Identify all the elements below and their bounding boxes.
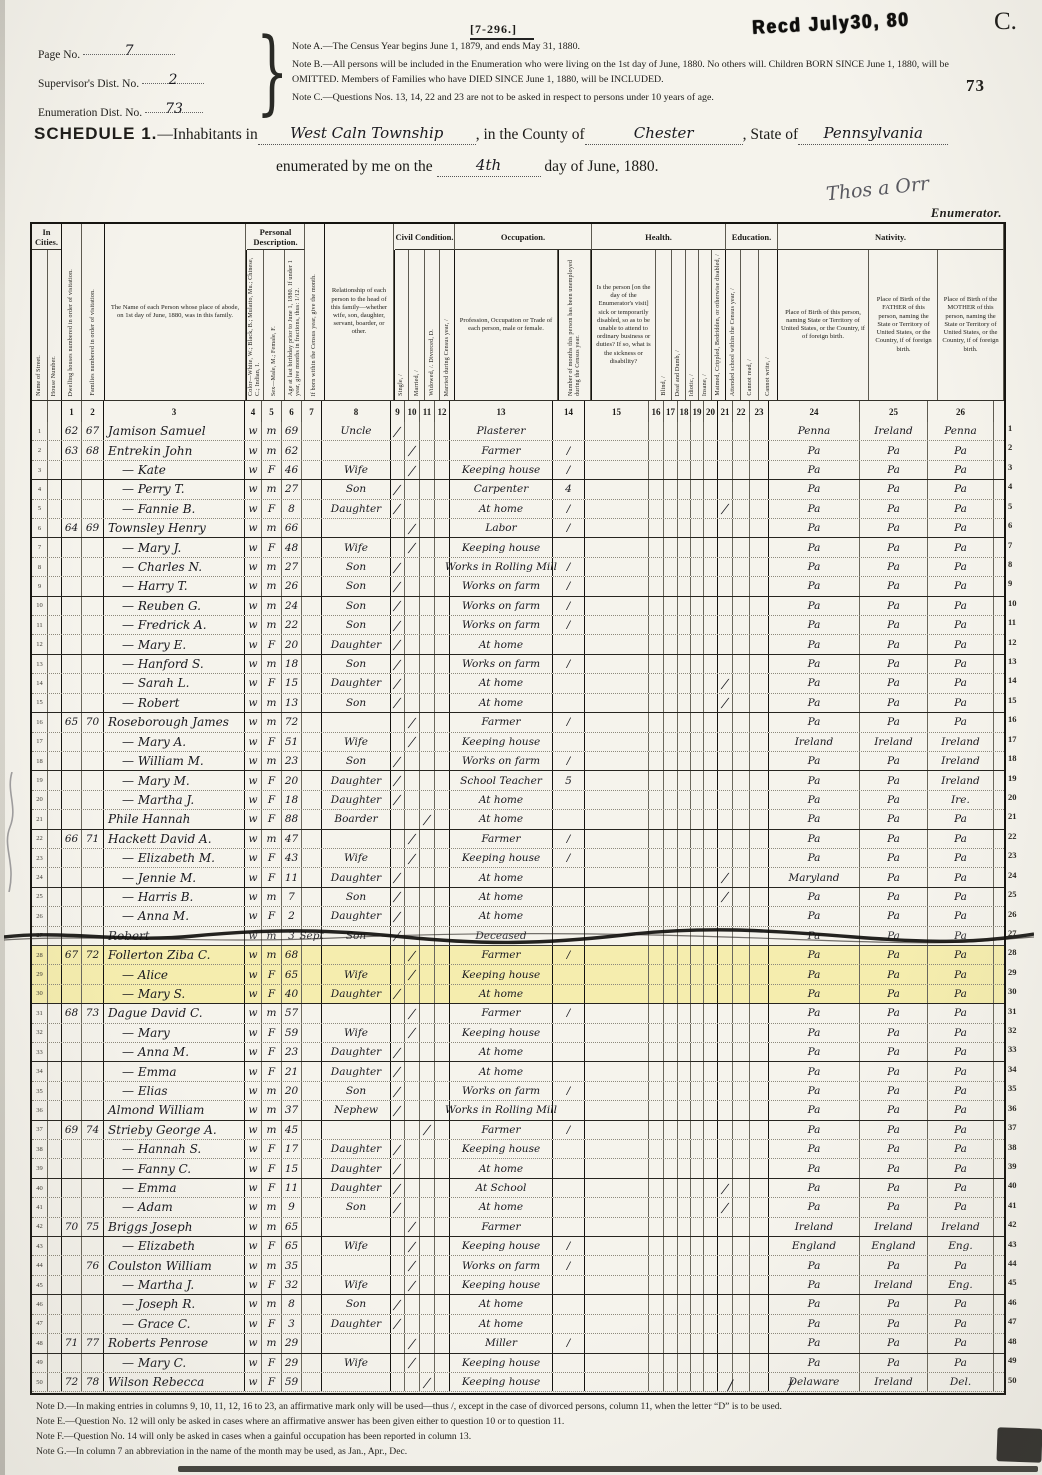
cell-cw (420, 946, 435, 964)
cell-cd (435, 1276, 450, 1294)
cell-f (82, 965, 104, 983)
cell-pf: Pa (860, 1256, 928, 1274)
cell-h18 (678, 461, 691, 479)
cell-mo (302, 849, 322, 867)
cell-cm (405, 868, 420, 886)
cell-occ: At home (449, 1295, 553, 1313)
cell-rd (733, 1315, 750, 1333)
cell-ln: 23 (32, 849, 48, 867)
enumerator-label: Enumerator. (872, 206, 1002, 221)
cell-wr (750, 1373, 769, 1391)
cell-ln: 1 (32, 422, 48, 440)
cell-rd (733, 1140, 750, 1158)
cell-rd (733, 927, 750, 945)
census-row: 21Phile HannahwF88Boarder/At homePaPaPa (32, 810, 1004, 829)
cell-h19 (691, 1140, 704, 1158)
cell-ln: 14 (32, 674, 48, 692)
cell-cm (405, 752, 420, 770)
cell-rel: Son (321, 558, 391, 576)
cell-pf: Pa (860, 1179, 928, 1197)
line-number-right: 38 (1008, 1142, 1017, 1152)
cell-pf: Pa (860, 480, 928, 498)
cell-pm: Pa (928, 1062, 994, 1080)
cell-u: / (552, 946, 585, 964)
line-number-left: 6 (38, 525, 41, 532)
supervisor-value: 2 (169, 72, 178, 88)
cell-a: 59 (282, 1373, 302, 1391)
cell-h20 (704, 771, 718, 789)
cell-pb: Pa (768, 480, 860, 498)
cell-h16 (649, 597, 664, 615)
census-row: 487177Roberts Penrosewm29/Miller/PaPaPa (32, 1334, 1004, 1353)
cell-pb: Pa (768, 519, 860, 537)
supervisor-line: Supervisor's Dist. No. 2 (38, 69, 204, 98)
cell-cm: / (405, 441, 420, 459)
line-number-right: 37 (1008, 1122, 1017, 1132)
cell-pf: Pa (860, 1315, 928, 1333)
column-number: 20 (704, 401, 718, 423)
cell-cs: / (390, 868, 405, 886)
cell-cm (405, 635, 420, 653)
cell-occ: Keeping house (449, 1276, 553, 1294)
cell-pf: Ireland (860, 1276, 928, 1294)
cell-name: — Alice (103, 965, 245, 983)
cell-d (61, 1179, 82, 1197)
cell-pm: Ireland (928, 733, 994, 751)
cell-f: 69 (82, 519, 104, 537)
cell-wr (750, 1334, 769, 1352)
cell-h20 (704, 577, 718, 595)
cell-mo (302, 1198, 322, 1216)
line-number-left: 27 (36, 932, 43, 939)
affirmative-mark: / (394, 773, 402, 788)
cell-cw (420, 1101, 435, 1119)
line-number-right: 30 (1008, 986, 1017, 996)
affirmative-mark: / (408, 540, 416, 555)
cell-s: m (262, 946, 282, 964)
cell-h18 (678, 422, 691, 440)
cell-cw: / (420, 1121, 435, 1139)
cell-c: w (244, 1198, 262, 1216)
cell-cs: / (390, 674, 405, 692)
place-blank: West Caln Township (258, 125, 476, 145)
cell-h17 (664, 1043, 678, 1061)
line-number-right: 3 (1008, 462, 1012, 472)
cell-name: Briggs Joseph (103, 1218, 245, 1236)
cell-d: 72 (61, 1373, 82, 1391)
cell-h20 (704, 558, 718, 576)
cell-sch (717, 713, 733, 731)
cell-pb: Pa (768, 1159, 860, 1177)
cell-sick (584, 655, 649, 673)
cell-occ: Works on farm (449, 577, 553, 595)
cell-cd (435, 1121, 450, 1139)
line-number-right: 1 (1008, 423, 1012, 433)
column-header-s: Sex—Male, M.; Female, F. (265, 250, 285, 400)
cell-c: w (244, 616, 262, 634)
cell-h19 (691, 888, 704, 906)
cell-hn (48, 985, 62, 1003)
line-number-left: 9 (38, 583, 41, 590)
cell-a: 15 (282, 674, 302, 692)
cell-cw (420, 674, 435, 692)
cell-rel: Wife (321, 733, 391, 751)
cell-ln: 49 (32, 1354, 48, 1372)
cell-occ: At home (449, 985, 553, 1003)
line-number-right: 23 (1008, 850, 1017, 860)
affirmative-mark: / (394, 501, 402, 516)
cell-s: F (262, 1024, 282, 1042)
census-row: 4— Perry T.wm27Son/Carpenter4PaPaPa (32, 480, 1004, 499)
cell-s: F (262, 868, 282, 886)
cell-d: 70 (61, 1218, 82, 1236)
cell-h16 (649, 1354, 664, 1372)
cell-s: F (262, 1179, 282, 1197)
cell-u: / (552, 830, 585, 848)
cell-cd (435, 1140, 450, 1158)
column-number (32, 401, 48, 423)
cell-ln: 19 (32, 771, 48, 789)
cell-mo (302, 1295, 322, 1313)
cell-cw: / (420, 1373, 435, 1391)
cell-ln: 2 (32, 441, 48, 459)
cell-mo (302, 597, 322, 615)
received-stamp: Recd July30, 80 (752, 8, 911, 39)
cell-pf: Ireland (860, 1218, 928, 1236)
cell-pf: Pa (860, 635, 928, 653)
cell-pb: Pa (768, 791, 860, 809)
cell-h16 (649, 635, 664, 653)
line-number-left: 30 (36, 990, 43, 997)
cell-rd (733, 985, 750, 1003)
cell-h16 (649, 927, 664, 945)
cell-h17 (664, 985, 678, 1003)
cell-cs (390, 1024, 405, 1042)
cell-wr (750, 616, 769, 634)
cell-c: w (244, 830, 262, 848)
cell-h18 (678, 635, 691, 653)
cell-d (61, 868, 82, 886)
place-value: West Caln Township (290, 124, 443, 142)
line-number-left: 28 (36, 952, 43, 959)
cell-f (82, 616, 104, 634)
cell-h20 (704, 888, 718, 906)
line-number-left: 36 (36, 1107, 43, 1114)
census-row: 66469Townsley Henrywm66/Labor/PaPaPa (32, 519, 1004, 538)
cell-a: 37 (282, 1101, 302, 1119)
enum-dist-line: Enumeration Dist. No. 73 (38, 98, 204, 127)
cell-rd (733, 830, 750, 848)
cell-h19 (691, 752, 704, 770)
cell-name: — Joseph R. (103, 1295, 245, 1313)
cell-h20 (704, 597, 718, 615)
line-number-left: 23 (36, 855, 43, 862)
cell-mo (302, 771, 322, 789)
line-number-left: 33 (36, 1049, 43, 1056)
cell-cm (405, 771, 420, 789)
cell-pf: Pa (860, 538, 928, 556)
cell-pf: Pa (860, 791, 928, 809)
cell-cs (390, 519, 405, 537)
cell-s: F (262, 1159, 282, 1177)
cell-rel: Daughter (321, 635, 391, 653)
cell-c: w (244, 927, 262, 945)
cell-f (82, 655, 104, 673)
scan-ink-blob (996, 1427, 1042, 1463)
census-row: 24— Jennie M.wF11Daughter/At home/Maryla… (32, 868, 1004, 887)
cell-h16 (649, 752, 664, 770)
cell-u (552, 1024, 585, 1042)
cell-u (552, 1140, 585, 1158)
cell-cs: / (390, 480, 405, 498)
line-number-left: 48 (36, 1340, 43, 1347)
column-header-mo: If born within the Census year, give the… (305, 224, 325, 400)
cell-sick (584, 985, 649, 1003)
line-number-left: 17 (36, 738, 43, 745)
cell-ln: 29 (32, 965, 48, 983)
cell-h17 (664, 441, 678, 459)
cell-h18 (678, 1256, 691, 1274)
cell-a: 62 (282, 441, 302, 459)
column-number: 10 (405, 401, 420, 423)
cell-cm (405, 1198, 420, 1216)
cell-rel: Daughter (321, 1140, 391, 1158)
cell-cd (435, 441, 450, 459)
cell-sch (717, 849, 733, 867)
cell-h16 (649, 907, 664, 925)
cell-f: 70 (82, 713, 104, 731)
column-header-f: Families numbered in order of visitation… (83, 224, 105, 400)
cell-occ: Deceased (449, 927, 553, 945)
cell-ln: 50 (32, 1373, 48, 1391)
cell-rd (733, 461, 750, 479)
census-row: 14— Sarah L.wF15Daughter/At home/PaPaPa (32, 674, 1004, 693)
cell-hn (48, 694, 62, 712)
census-row: 33— Anna M.wF23Daughter/At homePaPaPa (32, 1043, 1004, 1062)
cell-h17 (664, 1159, 678, 1177)
line-number-left: 19 (36, 777, 43, 784)
cell-name: — Sarah L. (103, 674, 245, 692)
cell-pb: Pa (768, 577, 860, 595)
cell-occ: At School (449, 1179, 553, 1197)
cell-d (61, 1101, 82, 1119)
cell-sch (717, 830, 733, 848)
cell-sick (584, 694, 649, 712)
cell-sick (584, 1179, 649, 1197)
cell-wr (750, 771, 769, 789)
cell-h17 (664, 1295, 678, 1313)
cell-f (82, 1295, 104, 1313)
cell-s: m (262, 597, 282, 615)
cell-sick (584, 577, 649, 595)
cell-rd (733, 674, 750, 692)
state-value: Pennsylvania (824, 124, 923, 142)
cell-ln: 24 (32, 868, 48, 886)
cell-occ: Keeping house (449, 733, 553, 751)
cell-h17 (664, 946, 678, 964)
cell-sch (717, 1140, 733, 1158)
cell-rel: Son (321, 616, 391, 634)
cell-pm: Penna (928, 422, 994, 440)
cell-rd (733, 1276, 750, 1294)
cell-rd (733, 1354, 750, 1372)
cell-occ: Keeping house (449, 1354, 553, 1372)
cell-h20 (704, 1373, 718, 1391)
column-number: 7 (302, 401, 322, 423)
cell-cm: / (405, 461, 420, 479)
cell-cs (390, 1354, 405, 1372)
cell-h19 (691, 635, 704, 653)
column-number: 3 (103, 401, 245, 423)
cell-h16 (649, 791, 664, 809)
cell-h17 (664, 1062, 678, 1080)
affirmative-mark: / (394, 1084, 402, 1099)
cell-rd (733, 1218, 750, 1236)
census-table: In Cities.Personal Description.Civil Con… (30, 222, 1006, 1395)
cell-cm (405, 1159, 420, 1177)
cell-c: w (244, 791, 262, 809)
cell-h19 (691, 791, 704, 809)
cell-f (82, 752, 104, 770)
cell-h20 (704, 674, 718, 692)
line-number-right: 34 (1008, 1064, 1017, 1074)
census-row: 19— Mary M.wF20Daughter/School Teacher5P… (32, 771, 1004, 790)
scan-bottom-artifact (178, 1466, 1038, 1472)
cell-h18 (678, 1334, 691, 1352)
cell-u (552, 694, 585, 712)
cell-h17 (664, 480, 678, 498)
affirmative-mark: / (721, 870, 729, 885)
header-notes: Note A.—The Census Year begins June 1, 1… (292, 40, 960, 109)
cell-occ: Works on farm (449, 752, 553, 770)
cell-cw (420, 713, 435, 731)
enum-dist-blank: 73 (145, 98, 203, 113)
cell-rel (321, 1256, 391, 1274)
census-row: 34— EmmawF21Daughter/At homePaPaPa (32, 1062, 1004, 1081)
cell-cw (420, 500, 435, 518)
cell-c: w (244, 1159, 262, 1177)
affirmative-mark: / (394, 1316, 402, 1331)
cell-hn (48, 927, 62, 945)
cell-s: F (262, 1354, 282, 1372)
column-header-occ: Profession, Occupation or Trade of each … (454, 250, 558, 400)
cell-name: Wilson Rebecca (103, 1373, 245, 1391)
line-number-right: 45 (1008, 1277, 1017, 1287)
cell-sch (717, 907, 733, 925)
cell-h19 (691, 1354, 704, 1372)
cell-hn (48, 577, 62, 595)
cell-rel: Daughter (321, 500, 391, 518)
cell-rd (733, 1159, 750, 1177)
line-number-right: 13 (1008, 656, 1017, 666)
affirmative-mark: / (408, 831, 416, 846)
cell-h20 (704, 752, 718, 770)
cell-name: — Kate (103, 461, 245, 479)
stray-mark: / (728, 1378, 733, 1394)
line-number-right: 17 (1008, 734, 1017, 744)
cell-cs (390, 1237, 405, 1255)
cell-f (82, 791, 104, 809)
cell-cs (390, 461, 405, 479)
column-number: 5 (262, 401, 282, 423)
cell-sch (717, 1276, 733, 1294)
cell-hn (48, 752, 62, 770)
cell-sick (584, 810, 649, 828)
cell-name: Strieby George A. (103, 1121, 245, 1139)
cell-mo (302, 1159, 322, 1177)
cell-d: 71 (61, 1334, 82, 1352)
census-row: 12— Mary E.wF20Daughter/At homePaPaPa (32, 635, 1004, 654)
cell-mo (302, 538, 322, 556)
cell-rel: Son (321, 1295, 391, 1313)
cell-cm: / (405, 946, 420, 964)
cell-cs: / (390, 752, 405, 770)
cell-mo (302, 1373, 322, 1391)
cell-name: — Fannie B. (103, 500, 245, 518)
cell-sch: / (717, 888, 733, 906)
line-number-left: 18 (36, 758, 43, 765)
column-number: 26 (928, 401, 994, 423)
cell-mo (302, 888, 322, 906)
cell-cd (435, 519, 450, 537)
cell-c: w (244, 1276, 262, 1294)
cell-sick (584, 1256, 649, 1274)
line-number-left: 32 (36, 1029, 43, 1036)
cell-h18 (678, 1101, 691, 1119)
cell-occ: Keeping house (449, 538, 553, 556)
cell-cm (405, 985, 420, 1003)
group-health: Health. (592, 224, 726, 250)
enumerated-tail: day of June, 1880. (544, 158, 658, 176)
cell-h20 (704, 849, 718, 867)
cell-occ: Keeping house (449, 461, 553, 479)
cell-hn (48, 1101, 62, 1119)
census-row: 20— Martha J.wF18Daughter/At homePaPaIre… (32, 791, 1004, 810)
cell-h17 (664, 810, 678, 828)
cell-h16 (649, 1140, 664, 1158)
cell-h20 (704, 480, 718, 498)
cell-h16 (649, 1024, 664, 1042)
cell-a: 13 (282, 694, 302, 712)
cell-wr (750, 810, 769, 828)
affirmative-mark: / (408, 521, 416, 536)
cell-ln: 42 (32, 1218, 48, 1236)
cell-u (552, 1101, 585, 1119)
cell-ln: 41 (32, 1198, 48, 1216)
cell-h20 (704, 519, 718, 537)
cell-rel (321, 441, 391, 459)
cell-h19 (691, 1276, 704, 1294)
cell-f: 72 (82, 946, 104, 964)
cell-pf: Pa (860, 1043, 928, 1061)
table-rows: 16267Jamison Samuelwm69Uncle/PlastererPe… (32, 422, 1004, 1392)
column-header-hn: House Number. (48, 250, 62, 400)
cell-u (552, 1043, 585, 1061)
cell-rel: Wife (321, 1276, 391, 1294)
cell-rd (733, 1101, 750, 1119)
cell-h19 (691, 985, 704, 1003)
cell-pm: Ire. (928, 791, 994, 809)
cell-hn (48, 1237, 62, 1255)
cell-hn (48, 1121, 62, 1139)
cell-cs: / (390, 1140, 405, 1158)
cell-cs: / (390, 1043, 405, 1061)
cell-wr (750, 500, 769, 518)
cell-sick (584, 635, 649, 653)
cell-rel (321, 830, 391, 848)
cell-h18 (678, 1082, 691, 1100)
cell-h17 (664, 1004, 678, 1022)
